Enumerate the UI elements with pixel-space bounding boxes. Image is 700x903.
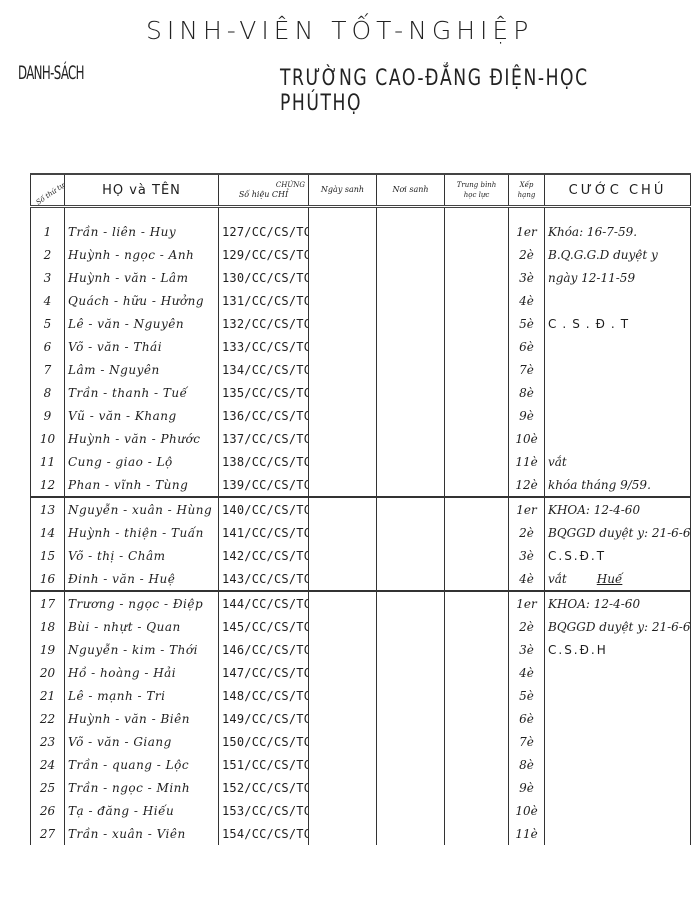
birth-place	[377, 497, 445, 521]
birth-place	[377, 567, 445, 591]
certificate-number: 137/CC/CS/TCĐĐH	[219, 427, 309, 450]
row-number: 21	[31, 684, 65, 707]
row-number: 24	[31, 753, 65, 776]
remarks	[545, 822, 691, 845]
remarks	[545, 381, 691, 404]
remarks: vắtHuế	[545, 567, 691, 591]
birth-place	[377, 638, 445, 661]
table-header-row: Số thứ tự HỌ và TÊN CHỨNG Số hiệu CHỈ Ng…	[31, 174, 691, 207]
birth-place	[377, 427, 445, 450]
birth-place	[377, 473, 445, 497]
header-rank: Xếp hạng	[509, 174, 545, 207]
birth-date	[309, 822, 377, 845]
birth-place	[377, 521, 445, 544]
table-row: 11Cung - giao - Lộ138/CC/CS/TCĐĐH11èvắt	[31, 450, 691, 473]
rank: 7è	[509, 358, 545, 381]
average-grade	[445, 753, 509, 776]
table-row: 5Lê - văn - Nguyên132/CC/CS/TCĐĐH5èC.S.Đ…	[31, 312, 691, 335]
birth-date	[309, 799, 377, 822]
rank: 5è	[509, 684, 545, 707]
student-name: Lê - văn - Nguyên	[65, 312, 219, 335]
student-name: Lê - mạnh - Tri	[65, 684, 219, 707]
table-row: 13Nguyễn - xuân - Hùng140/CC/CS/TCĐĐH1er…	[31, 497, 691, 521]
row-number: 19	[31, 638, 65, 661]
row-number: 4	[31, 289, 65, 312]
birth-date	[309, 684, 377, 707]
remarks: vắt	[545, 450, 691, 473]
remarks	[545, 707, 691, 730]
birth-place	[377, 730, 445, 753]
average-grade	[445, 404, 509, 427]
table-row: 2Huỳnh - ngọc - Anh129/CC/CS/TCĐĐH2èB.Q.…	[31, 243, 691, 266]
table-row: 21Lê - mạnh - Tri148/CC/CS/TCĐĐH5è	[31, 684, 691, 707]
rank: 3è	[509, 266, 545, 289]
birth-place	[377, 381, 445, 404]
birth-date	[309, 450, 377, 473]
table-row: 23Võ - văn - Giang150/CC/CS/TCĐĐH7è	[31, 730, 691, 753]
average-grade	[445, 312, 509, 335]
birth-place	[377, 450, 445, 473]
header-dob: Ngày sanh	[309, 174, 377, 207]
rank: 4è	[509, 661, 545, 684]
birth-date	[309, 567, 377, 591]
student-name: Đinh - văn - Huệ	[65, 567, 219, 591]
student-name: Bùi - nhựt - Quan	[65, 615, 219, 638]
average-grade	[445, 591, 509, 615]
rank: 6è	[509, 335, 545, 358]
student-name: Trần - ngọc - Minh	[65, 776, 219, 799]
student-name: Phan - vĩnh - Tùng	[65, 473, 219, 497]
certificate-number: 138/CC/CS/TCĐĐH	[219, 450, 309, 473]
remarks	[545, 289, 691, 312]
birth-date	[309, 358, 377, 381]
student-name: Trương - ngọc - Điệp	[65, 591, 219, 615]
average-grade	[445, 615, 509, 638]
row-number: 1	[31, 220, 65, 243]
average-grade	[445, 799, 509, 822]
average-grade	[445, 730, 509, 753]
average-grade	[445, 243, 509, 266]
average-grade	[445, 567, 509, 591]
table-row: 27Trần - xuân - Viên154/CC/CS/TCĐĐH11è	[31, 822, 691, 845]
average-grade	[445, 707, 509, 730]
birth-date	[309, 707, 377, 730]
rank: 4è	[509, 289, 545, 312]
student-name: Trần - liên - Huy	[65, 220, 219, 243]
certificate-number: 140/CC/CS/TCĐĐH	[219, 497, 309, 521]
header-name: HỌ và TÊN	[65, 174, 219, 207]
row-number: 2	[31, 243, 65, 266]
average-grade	[445, 381, 509, 404]
certificate-number: 151/CC/CS/TCĐĐH	[219, 753, 309, 776]
rank: 6è	[509, 707, 545, 730]
student-name: Võ - văn - Thái	[65, 335, 219, 358]
remarks: BQGGD duyệt y: 21-6-60	[545, 615, 691, 638]
rank: 1er	[509, 220, 545, 243]
table-row: 15Võ - thị - Châm142/CC/CS/TCĐĐH3èC.S.Đ.…	[31, 544, 691, 567]
average-grade	[445, 638, 509, 661]
rank: 3è	[509, 544, 545, 567]
remarks	[545, 776, 691, 799]
average-grade	[445, 822, 509, 845]
certificate-number: 142/CC/CS/TCĐĐH	[219, 544, 309, 567]
remarks	[545, 404, 691, 427]
remarks-extra: Huế	[597, 572, 623, 586]
certificate-number: 136/CC/CS/TCĐĐH	[219, 404, 309, 427]
header-stt: Số thứ tự	[31, 174, 65, 207]
certificate-number: 145/CC/CS/TCĐĐH	[219, 615, 309, 638]
rank: 11è	[509, 450, 545, 473]
table-row: 24Trần - quang - Lộc151/CC/CS/TCĐĐH8è	[31, 753, 691, 776]
certificate-number: 129/CC/CS/TCĐĐH	[219, 243, 309, 266]
birth-date	[309, 497, 377, 521]
table-row: 9Vũ - văn - Khang136/CC/CS/TCĐĐH9è	[31, 404, 691, 427]
rank: 3è	[509, 638, 545, 661]
student-name: Trần - xuân - Viên	[65, 822, 219, 845]
birth-date	[309, 521, 377, 544]
remarks	[545, 358, 691, 381]
birth-place	[377, 799, 445, 822]
birth-place	[377, 591, 445, 615]
certificate-number: 135/CC/CS/TCĐĐH	[219, 381, 309, 404]
certificate-number: 133/CC/CS/TCĐĐH	[219, 335, 309, 358]
average-grade	[445, 289, 509, 312]
student-name: Tạ - đăng - Hiếu	[65, 799, 219, 822]
rank: 10è	[509, 427, 545, 450]
remarks	[545, 799, 691, 822]
table-row: 4Quách - hữu - Hưởng131/CC/CS/TCĐĐH4è	[31, 289, 691, 312]
student-name: Nguyễn - xuân - Hùng	[65, 497, 219, 521]
certificate-number: 132/CC/CS/TCĐĐH	[219, 312, 309, 335]
remarks: khóa tháng 9/59.	[545, 473, 691, 497]
average-grade	[445, 220, 509, 243]
birth-date	[309, 427, 377, 450]
row-number: 20	[31, 661, 65, 684]
student-name: Hồ - hoàng - Hải	[65, 661, 219, 684]
rank: 1er	[509, 497, 545, 521]
student-name: Huỳnh - thiện - Tuấn	[65, 521, 219, 544]
birth-place	[377, 358, 445, 381]
average-grade	[445, 335, 509, 358]
birth-date	[309, 753, 377, 776]
row-number: 27	[31, 822, 65, 845]
student-name: Huỳnh - văn - Phước	[65, 427, 219, 450]
row-number: 13	[31, 497, 65, 521]
average-grade	[445, 776, 509, 799]
birth-date	[309, 473, 377, 497]
student-name: Nguyễn - kim - Thới	[65, 638, 219, 661]
rank: 9è	[509, 404, 545, 427]
student-name: Huỳnh - văn - Lâm	[65, 266, 219, 289]
birth-place	[377, 266, 445, 289]
birth-date	[309, 335, 377, 358]
school-name: TRƯỜNG CAO-ĐẲNG ĐIỆN-HỌC PHÚTHỌ	[280, 66, 608, 116]
rank: 8è	[509, 753, 545, 776]
average-grade	[445, 544, 509, 567]
spacer-row	[31, 207, 691, 221]
certificate-number: 143/CC/CS/TCĐĐH	[219, 567, 309, 591]
birth-date	[309, 544, 377, 567]
certificate-number: 153/CC/CS/TCĐĐH	[219, 799, 309, 822]
student-name: Vũ - văn - Khang	[65, 404, 219, 427]
birth-date	[309, 638, 377, 661]
row-number: 10	[31, 427, 65, 450]
birth-place	[377, 404, 445, 427]
remarks: B.Q.G.G.D duyệt y	[545, 243, 691, 266]
remarks	[545, 684, 691, 707]
row-number: 18	[31, 615, 65, 638]
birth-date	[309, 220, 377, 243]
table-row: 18Bùi - nhựt - Quan145/CC/CS/TCĐĐH2èBQGG…	[31, 615, 691, 638]
birth-date	[309, 404, 377, 427]
header-remarks: CƯỚC CHÚ	[545, 174, 691, 207]
student-name: Huỳnh - văn - Biên	[65, 707, 219, 730]
birth-place	[377, 220, 445, 243]
student-name: Trần - thanh - Tuế	[65, 381, 219, 404]
row-number: 3	[31, 266, 65, 289]
list-label: DANH-SÁCH	[18, 62, 84, 84]
birth-date	[309, 661, 377, 684]
birth-place	[377, 684, 445, 707]
rank: 1er	[509, 591, 545, 615]
birth-place	[377, 289, 445, 312]
average-grade	[445, 521, 509, 544]
certificate-number: 150/CC/CS/TCĐĐH	[219, 730, 309, 753]
certificate-number: 147/CC/CS/TCĐĐH	[219, 661, 309, 684]
table-row: 8Trần - thanh - Tuế135/CC/CS/TCĐĐH8è	[31, 381, 691, 404]
average-grade	[445, 450, 509, 473]
birth-date	[309, 776, 377, 799]
header-average: Trung bình học lực	[445, 174, 509, 207]
remarks: ngày 12-11-59	[545, 266, 691, 289]
certificate-number: 130/CC/CS/TCĐĐH	[219, 266, 309, 289]
birth-date	[309, 730, 377, 753]
average-grade	[445, 358, 509, 381]
row-number: 15	[31, 544, 65, 567]
average-grade	[445, 266, 509, 289]
table-row: 3Huỳnh - văn - Lâm130/CC/CS/TCĐĐH3èngày …	[31, 266, 691, 289]
average-grade	[445, 684, 509, 707]
birth-place	[377, 243, 445, 266]
average-grade	[445, 473, 509, 497]
rank: 10è	[509, 799, 545, 822]
remarks	[545, 661, 691, 684]
row-number: 11	[31, 450, 65, 473]
average-grade	[445, 427, 509, 450]
rank: 4è	[509, 567, 545, 591]
table-row: 19Nguyễn - kim - Thới146/CC/CS/TCĐĐH3èC.…	[31, 638, 691, 661]
row-number: 16	[31, 567, 65, 591]
rank: 9è	[509, 776, 545, 799]
birth-date	[309, 591, 377, 615]
rank: 11è	[509, 822, 545, 845]
birth-place	[377, 822, 445, 845]
student-name: Huỳnh - ngọc - Anh	[65, 243, 219, 266]
birth-date	[309, 289, 377, 312]
certificate-number: 148/CC/CS/TCĐĐH	[219, 684, 309, 707]
document-title: SINH-VIÊN TỐT-NGHIỆP	[146, 16, 533, 45]
row-number: 22	[31, 707, 65, 730]
birth-date	[309, 312, 377, 335]
rank: 7è	[509, 730, 545, 753]
header-cert: CHỨNG Số hiệu CHỈ	[219, 174, 309, 207]
birth-place	[377, 753, 445, 776]
table-row: 6Võ - văn - Thái133/CC/CS/TCĐĐH6è	[31, 335, 691, 358]
student-name: Trần - quang - Lộc	[65, 753, 219, 776]
rank: 2è	[509, 243, 545, 266]
remarks	[545, 730, 691, 753]
certificate-number: 146/CC/CS/TCĐĐH	[219, 638, 309, 661]
birth-date	[309, 243, 377, 266]
student-name: Quách - hữu - Hưởng	[65, 289, 219, 312]
table-row: 25Trần - ngọc - Minh152/CC/CS/TCĐĐH9è	[31, 776, 691, 799]
remarks: C.S.Đ.H	[545, 638, 691, 661]
birth-place	[377, 776, 445, 799]
student-name: Võ - văn - Giang	[65, 730, 219, 753]
row-number: 14	[31, 521, 65, 544]
birth-place	[377, 661, 445, 684]
birth-date	[309, 615, 377, 638]
certificate-number: 154/CC/CS/TCĐĐH	[219, 822, 309, 845]
birth-place	[377, 312, 445, 335]
remarks: KHOA: 12-4-60	[545, 497, 691, 521]
remarks: C.S.Đ.T	[545, 544, 691, 567]
rank: 5è	[509, 312, 545, 335]
remarks: C.S.Đ.T	[545, 312, 691, 335]
birth-place	[377, 707, 445, 730]
row-number: 9	[31, 404, 65, 427]
birth-date	[309, 381, 377, 404]
birth-place	[377, 615, 445, 638]
row-number: 25	[31, 776, 65, 799]
table-row: 7Lâm - Nguyên134/CC/CS/TCĐĐH7è	[31, 358, 691, 381]
remarks: BQGGD duyệt y: 21-6-60	[545, 521, 691, 544]
table-row: 10Huỳnh - văn - Phước137/CC/CS/TCĐĐH10è	[31, 427, 691, 450]
student-name: Võ - thị - Châm	[65, 544, 219, 567]
rank: 12è	[509, 473, 545, 497]
remarks	[545, 335, 691, 358]
row-number: 7	[31, 358, 65, 381]
row-number: 23	[31, 730, 65, 753]
certificate-number: 152/CC/CS/TCĐĐH	[219, 776, 309, 799]
certificate-number: 139/CC/CS/TCĐĐH	[219, 473, 309, 497]
header-pob: Nơi sanh	[377, 174, 445, 207]
graduates-table: Số thứ tự HỌ và TÊN CHỨNG Số hiệu CHỈ Ng…	[30, 173, 691, 845]
table-row: 22Huỳnh - văn - Biên149/CC/CS/TCĐĐH6è	[31, 707, 691, 730]
table-row: 20Hồ - hoàng - Hải147/CC/CS/TCĐĐH4è	[31, 661, 691, 684]
average-grade	[445, 497, 509, 521]
row-number: 5	[31, 312, 65, 335]
table-row: 17Trương - ngọc - Điệp144/CC/CS/TCĐĐH1er…	[31, 591, 691, 615]
rank: 8è	[509, 381, 545, 404]
row-number: 6	[31, 335, 65, 358]
remarks: Khóa: 16-7-59.	[545, 220, 691, 243]
table-row: 1Trần - liên - Huy127/CC/CS/TCĐĐH1erKhóa…	[31, 220, 691, 243]
birth-place	[377, 544, 445, 567]
row-number: 8	[31, 381, 65, 404]
student-name: Cung - giao - Lộ	[65, 450, 219, 473]
table-row: 16Đinh - văn - Huệ143/CC/CS/TCĐĐH4èvắtHu…	[31, 567, 691, 591]
row-number: 17	[31, 591, 65, 615]
birth-date	[309, 266, 377, 289]
certificate-number: 127/CC/CS/TCĐĐH	[219, 220, 309, 243]
table-row: 14Huỳnh - thiện - Tuấn141/CC/CS/TCĐĐH2èB…	[31, 521, 691, 544]
certificate-number: 149/CC/CS/TCĐĐH	[219, 707, 309, 730]
remarks: KHOA: 12-4-60	[545, 591, 691, 615]
remarks	[545, 427, 691, 450]
table-row: 26Tạ - đăng - Hiếu153/CC/CS/TCĐĐH10è	[31, 799, 691, 822]
birth-place	[377, 335, 445, 358]
average-grade	[445, 661, 509, 684]
remarks	[545, 753, 691, 776]
rank: 2è	[509, 521, 545, 544]
certificate-number: 134/CC/CS/TCĐĐH	[219, 358, 309, 381]
row-number: 12	[31, 473, 65, 497]
student-name: Lâm - Nguyên	[65, 358, 219, 381]
table-row: 12Phan - vĩnh - Tùng139/CC/CS/TCĐĐH12èkh…	[31, 473, 691, 497]
rank: 2è	[509, 615, 545, 638]
certificate-number: 131/CC/CS/TCĐĐH	[219, 289, 309, 312]
certificate-number: 141/CC/CS/TCĐĐH	[219, 521, 309, 544]
row-number: 26	[31, 799, 65, 822]
certificate-number: 144/CC/CS/TCĐĐH	[219, 591, 309, 615]
